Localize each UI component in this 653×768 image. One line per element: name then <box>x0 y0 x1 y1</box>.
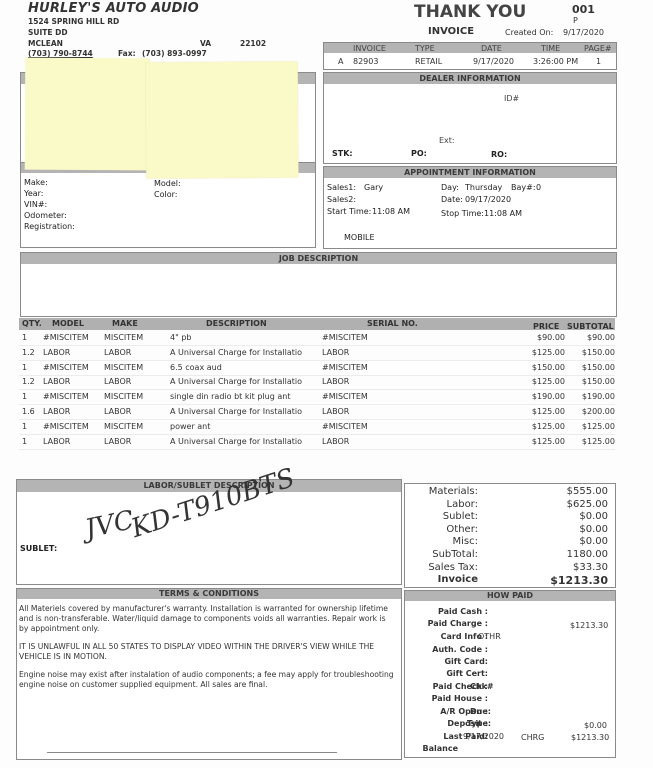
company-fax-label: Fax: <box>118 49 136 58</box>
totals-value: $555.00 <box>567 486 608 497</box>
date-value: 09/17/2020 <box>465 195 511 204</box>
paid-cash-label: Paid Cash : <box>402 607 488 616</box>
sales1-value: Gary <box>364 183 383 192</box>
terms-paragraph: All Materiels covered by manufacturer's … <box>19 604 397 634</box>
gift-cert-label: Gift Cert: <box>402 669 488 678</box>
invoice-time: 3:26:00 PM <box>533 57 578 66</box>
appointment-info-header: APPOINTMENT INFORMATION <box>324 167 616 178</box>
item-qty: 1 <box>22 392 27 401</box>
card-info-value: OTHR <box>478 632 501 641</box>
dealer-ro-label: RO: <box>491 150 507 159</box>
item-price: $125.00 <box>532 422 565 431</box>
col-subtotal: SUBTOTAL <box>567 322 614 331</box>
odometer-label: Odometer: <box>24 211 67 220</box>
item-description: A Universal Charge for Installatio <box>170 437 302 446</box>
item-qty: 1.2 <box>22 377 35 386</box>
col-make: MAKE <box>112 319 138 328</box>
paid-charge-label: Paid Charge : <box>402 619 488 628</box>
dealer-ext-label: Ext: <box>439 136 455 145</box>
col-page: PAGE# <box>584 44 612 53</box>
item-price: $125.00 <box>532 437 565 446</box>
item-subtotal: $190.00 <box>582 392 615 401</box>
item-model: LABOR <box>43 348 70 357</box>
dealer-stk-label: STK: <box>332 149 353 158</box>
invoice-page: 1 <box>596 57 601 66</box>
item-make: MISCITEM <box>104 363 143 372</box>
totals-label: Sublet: <box>443 511 478 522</box>
item-serial: LABOR <box>322 377 349 386</box>
document-number: 001 <box>572 3 595 16</box>
model-label: Model: <box>154 179 181 188</box>
handwritten-model: KD-T910BTS <box>128 463 299 544</box>
item-description: 4" pb <box>170 333 191 342</box>
item-qty: 1 <box>22 437 27 446</box>
col-invoice: INVOICE <box>353 44 386 53</box>
invoice-prefix: A <box>338 57 343 66</box>
item-make: MISCITEM <box>104 333 143 342</box>
sticky-note-right <box>146 61 299 178</box>
day-label: Day: <box>441 183 459 192</box>
item-price: $90.00 <box>537 333 565 342</box>
item-make: LABOR <box>104 437 131 446</box>
terms-header: TERMS & CONDITIONS <box>17 589 401 599</box>
item-make: LABOR <box>104 407 131 416</box>
check-number-label: Chk# <box>470 682 494 691</box>
paid-charge-value: $1213.30 <box>570 621 608 630</box>
registration-label: Registration: <box>24 222 75 231</box>
item-subtotal: $150.00 <box>582 377 615 386</box>
company-phone: (703) 790-8744 <box>28 49 93 58</box>
item-price: $125.00 <box>532 377 565 386</box>
col-price: PRICE <box>533 322 559 331</box>
due-label: Due: <box>470 707 491 716</box>
item-model: LABOR <box>43 407 70 416</box>
dealer-po-label: PO: <box>411 149 427 158</box>
item-description: A Universal Charge for Installatio <box>170 348 302 357</box>
item-model: #MISCITEM <box>43 333 89 342</box>
last-paid-amount: $1213.30 <box>571 733 609 742</box>
totals-value: $625.00 <box>567 499 608 510</box>
last-paid-method: CHRG <box>521 733 544 742</box>
terms-text: All Materiels covered by manufacturer's … <box>19 604 397 698</box>
table-row: 1.6LABORLABORA Universal Charge for Inst… <box>19 405 615 420</box>
totals-label: SubTotal: <box>432 549 478 560</box>
item-make: LABOR <box>104 377 131 386</box>
date-label: Date: <box>441 195 463 204</box>
item-subtotal: $125.00 <box>582 437 615 446</box>
item-model: #MISCITEM <box>43 422 89 431</box>
table-row: 1#MISCITEMMISCITEMpower ant#MISCITEM$125… <box>19 420 615 435</box>
start-time-label: Start Time: <box>327 207 371 216</box>
created-on-value: 9/17/2020 <box>563 28 604 37</box>
terms-paragraph: IT IS UNLAWFUL IN ALL 50 STATES TO DISPL… <box>19 642 397 662</box>
table-row: 1.2LABORLABORA Universal Charge for Inst… <box>19 346 615 361</box>
totals-value: 1180.00 <box>567 549 608 560</box>
item-subtotal: $150.00 <box>582 348 615 357</box>
item-qty: 1.6 <box>22 407 35 416</box>
item-subtotal: $125.00 <box>582 422 615 431</box>
totals-label: Labor: <box>447 499 478 510</box>
item-price: $125.00 <box>532 407 565 416</box>
company-city: MCLEAN <box>28 39 63 48</box>
item-qty: 1 <box>22 363 27 372</box>
signature-line <box>47 752 337 753</box>
paid-house-label: Paid House : <box>402 694 488 703</box>
dealer-info-box: DEALER INFORMATION ID# Ext: STK: PO: RO: <box>323 72 617 164</box>
item-subtotal: $150.00 <box>582 363 615 372</box>
table-row: 1LABORLABORA Universal Charge for Instal… <box>19 435 615 450</box>
stop-time-value: 11:08 AM <box>484 209 522 218</box>
totals-value: $0.00 <box>579 524 608 535</box>
table-row: 1#MISCITEMMISCITEMsingle din radio bt ki… <box>19 390 615 405</box>
gift-card-label: Gift Card: <box>402 657 488 666</box>
item-serial: #MISCITEM <box>322 392 368 401</box>
balance-label: Balance <box>402 744 458 753</box>
item-qty: 1 <box>22 333 27 342</box>
item-make: LABOR <box>104 348 131 357</box>
totals-label: Misc: <box>453 536 478 547</box>
item-subtotal: $90.00 <box>587 333 615 342</box>
item-make: MISCITEM <box>104 392 143 401</box>
col-description: DESCRIPTION <box>206 319 267 328</box>
invoice-type: RETAIL <box>415 57 442 66</box>
item-qty: 1.2 <box>22 348 35 357</box>
dealer-info-header: DEALER INFORMATION <box>324 73 616 84</box>
col-qty: QTY. <box>22 319 42 328</box>
document-suffix: P <box>573 16 578 25</box>
item-serial: LABOR <box>322 407 349 416</box>
table-row: 1#MISCITEMMISCITEM6.5 coax aud#MISCITEM$… <box>19 361 615 376</box>
totals-value: $0.00 <box>579 536 608 547</box>
mobile-label: MOBILE <box>344 233 375 242</box>
vin-label: VIN#: <box>24 200 47 209</box>
terms-box: TERMS & CONDITIONS All Materiels covered… <box>16 588 402 760</box>
item-description: single din radio bt kit plug ant <box>170 392 290 401</box>
invoice-total-value: $1213.30 <box>550 574 608 587</box>
sales2-label: Sales2: <box>327 195 356 204</box>
terms-paragraph: Engine noise may exist after instalation… <box>19 670 397 690</box>
totals-label: Materials: <box>429 486 478 497</box>
item-description: A Universal Charge for Installatio <box>170 407 302 416</box>
item-subtotal: $200.00 <box>582 407 615 416</box>
company-state: VA <box>200 39 211 48</box>
thank-you-heading: THANK YOU <box>414 2 526 22</box>
invoice-title: INVOICE <box>428 26 474 37</box>
col-date: DATE <box>481 44 502 53</box>
stop-time-label: Stop Time: <box>441 209 484 218</box>
dealer-id-label: ID# <box>504 94 519 103</box>
item-make: MISCITEM <box>104 422 143 431</box>
totals-value: $33.30 <box>573 562 608 573</box>
bay-value: 0 <box>536 183 541 192</box>
sales1-label: Sales1: <box>327 183 356 192</box>
job-description-box: JOB DESCRIPTION <box>20 252 617 317</box>
bay-label: Bay#: <box>511 183 536 192</box>
item-price: $125.00 <box>532 348 565 357</box>
item-serial: LABOR <box>322 437 349 446</box>
item-model: LABOR <box>43 377 70 386</box>
col-type: TYPE <box>415 44 435 53</box>
table-row: 1#MISCITEMMISCITEM4" pb#MISCITEM$90.00$9… <box>19 331 615 346</box>
day-value: Thursday <box>465 183 502 192</box>
invoice-total-label: Invoice <box>438 574 478 585</box>
how-paid-header: HOW PAID <box>405 591 615 601</box>
company-fax: (703) 893-0997 <box>142 49 207 58</box>
invoice-date: 9/17/2020 <box>473 57 514 66</box>
item-model: #MISCITEM <box>43 392 89 401</box>
invoice-info-table: INVOICE TYPE DATE TIME PAGE# A 82903 RET… <box>323 42 617 70</box>
item-model: #MISCITEM <box>43 363 89 372</box>
item-description: power ant <box>170 422 210 431</box>
item-model: LABOR <box>43 437 70 446</box>
company-name: HURLEY'S AUTO AUDIO <box>28 1 199 16</box>
item-description: 6.5 coax aud <box>170 363 222 372</box>
appointment-info-box: APPOINTMENT INFORMATION Sales1: Gary Sal… <box>323 166 617 249</box>
sublet-label: SUBLET: <box>20 544 57 553</box>
auth-code-label: Auth. Code : <box>402 645 488 654</box>
deposit-value: $0.00 <box>584 721 607 730</box>
company-zip: 22102 <box>240 39 266 48</box>
make-label: Make: <box>24 178 48 187</box>
col-model: MODEL <box>52 319 84 328</box>
item-serial: #MISCITEM <box>322 363 368 372</box>
table-row: 1.2LABORLABORA Universal Charge for Inst… <box>19 375 615 390</box>
handwritten-brand: JVC <box>82 505 136 545</box>
job-description-header: JOB DESCRIPTION <box>21 253 616 264</box>
item-serial: LABOR <box>322 348 349 357</box>
item-serial: #MISCITEM <box>322 333 368 342</box>
company-address-line1: 1524 SPRING HILL RD <box>28 17 119 26</box>
invoice-number: 82903 <box>353 57 378 66</box>
created-on-label: Created On: <box>505 28 553 37</box>
last-paid-date: 9/17/2020 <box>463 732 504 741</box>
type-label: Type: <box>467 719 491 728</box>
company-address-line2: SUITE DD <box>28 28 68 37</box>
start-time-value: 11:08 AM <box>372 207 410 216</box>
year-label: Year: <box>24 189 44 198</box>
color-label: Color: <box>154 190 177 199</box>
card-info-label: Card Info : <box>402 632 488 641</box>
col-time: TIME <box>541 44 560 53</box>
col-serial: SERIAL NO. <box>367 319 418 328</box>
item-price: $190.00 <box>532 392 565 401</box>
sticky-note-left <box>25 58 151 171</box>
item-description: A Universal Charge for Installatio <box>170 377 302 386</box>
item-price: $150.00 <box>532 363 565 372</box>
item-serial: #MISCITEM <box>322 422 368 431</box>
totals-label: Sales Tax: <box>428 562 478 573</box>
totals-label: Other: <box>446 524 478 535</box>
totals-value: $0.00 <box>579 511 608 522</box>
item-qty: 1 <box>22 422 27 431</box>
labor-sublet-box: LABOR/SUBLET DESCRIPTION SUBLET: JVC KD-… <box>16 479 402 585</box>
line-items-header: QTY. MODEL MAKE DESCRIPTION SERIAL NO. P… <box>19 318 615 330</box>
